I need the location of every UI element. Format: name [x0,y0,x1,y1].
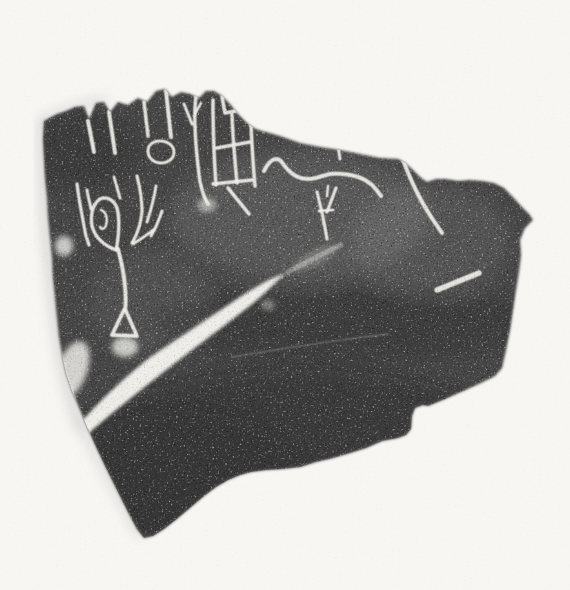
stone-fragment-svg [0,0,570,590]
stone-fragment-photo [0,0,570,590]
